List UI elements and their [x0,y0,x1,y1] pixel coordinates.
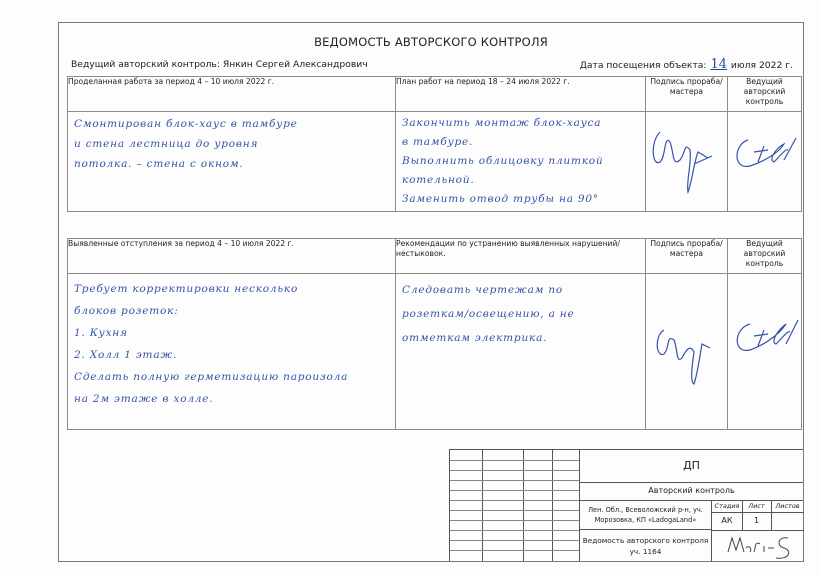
visit-month-year: июля 2022 г. [731,60,793,71]
done-line: и стена лестница до уровня [74,134,389,154]
plan-cell: Закончить монтаж блок-хауса в тамбуре. В… [396,112,646,212]
lead-supervisor: Ведущий авторский контроль: Янкин Сергей… [71,59,368,70]
header-foreman-sign: Подпись прораба/мастера [646,77,728,112]
deviation-line: блоков розеток: [74,300,389,322]
deviation-line: Сделать полную герметизацию пароизола [74,366,389,388]
lead-signature-icon [728,112,802,212]
lead-signature [728,112,802,212]
lead-signature [728,274,802,430]
plan-line: котельной. [402,171,639,190]
stage-value: АК [712,512,743,530]
foreman-signature-icon [646,274,728,430]
stamp-main: ДП Авторский контроль Лен. Обл., Всеволо… [579,449,803,561]
deviation-line: 1. Кухня [74,322,389,344]
deviations-table: Выявленные отступления за период 4 – 10 … [67,238,802,430]
title-block: ДП Авторский контроль Лен. Обл., Всеволо… [449,449,803,561]
recommendation-line: Следовать чертежам по [402,278,639,302]
header-plan: План работ на период 18 – 24 июля 2022 г… [396,77,646,112]
plan-line: Выполнить облицовку плиткой [402,152,639,171]
stamp-document-name: Ведомость авторского контроля уч. 1164 [580,530,712,562]
recommendation-line: розеткам/освещению, а не [402,302,639,326]
sheet-value: 1 [742,512,772,530]
header-lead-sign: Ведущий авторский контроль [728,239,802,274]
foreman-signature-icon [646,112,728,212]
stamp-address: Лен. Обл., Всеволожский р-н, уч. Морозов… [580,500,712,530]
done-cell: Смонтирован блок-хаус в тамбуре и стена … [68,112,396,212]
visit-date: Дата посещения объекта: 14 июля 2022 г. [580,57,793,72]
header-foreman-sign: Подпись прораба/мастера [646,239,728,274]
work-table: Проделанная работа за период 4 – 10 июля… [67,76,802,212]
header-recommendations: Рекомендации по устранению выявленных на… [396,239,646,274]
visit-day: 14 [710,57,727,72]
done-line: Смонтирован блок-хаус в тамбуре [74,114,389,134]
stamp-subject: Авторский контроль [580,482,803,501]
foreman-signature [646,274,728,430]
deviation-line: на 2м этаже в холле. [74,388,389,410]
recommendation-line: отметкам электрика. [402,326,639,350]
revision-grid [449,449,579,561]
document-frame: ВЕДОМОСТЬ АВТОРСКОГО КОНТРОЛЯ Ведущий ав… [58,22,804,562]
plan-line: Заменить отвод трубы на 90° [402,190,639,209]
plan-line: в тамбуре. [402,133,639,152]
stamp-code: ДП [580,450,803,483]
deviation-line: Требует корректировки несколько [74,278,389,300]
header-deviations: Выявленные отступления за период 4 – 10 … [68,239,396,274]
header-done: Проделанная работа за период 4 – 10 июля… [68,77,396,112]
stamp-stage-block: Стадия Лист Листов АК 1 [712,500,804,531]
sheets-value [771,512,804,530]
author-signature-icon [712,530,804,562]
plan-line: Закончить монтаж блок-хауса [402,114,639,133]
lead-signature-icon [728,274,802,430]
header-lead-sign: Ведущий авторский контроль [728,77,802,112]
stamp-signature [712,530,804,562]
visit-date-label: Дата посещения объекта: [580,60,707,71]
done-line: потолка. – стена с окном. [74,154,389,174]
recommendations-cell: Следовать чертежам по розеткам/освещению… [396,274,646,430]
deviations-cell: Требует корректировки несколько блоков р… [68,274,396,430]
deviation-line: 2. Холл 1 этаж. [74,344,389,366]
foreman-signature [646,112,728,212]
document-title: ВЕДОМОСТЬ АВТОРСКОГО КОНТРОЛЯ [59,35,803,49]
